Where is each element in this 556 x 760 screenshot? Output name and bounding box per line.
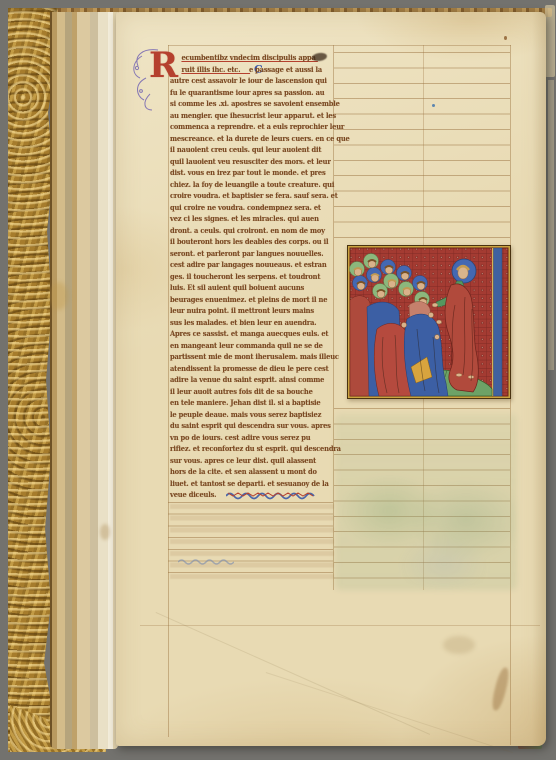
text-column: R C ecumbentibz vndecim discipulis appar… xyxy=(170,52,338,506)
ruling-horizontal xyxy=(168,45,511,46)
showthrough-text xyxy=(170,504,334,580)
text-line: le peuple deaue. mais vous serez baptisi… xyxy=(170,409,318,421)
text-line: vn po de iours. cest adire vous serez pu xyxy=(170,432,318,444)
showthrough-line-filler xyxy=(178,558,234,566)
text-line: du saint esprit qui descendra sur vous. … xyxy=(170,420,318,432)
text-line: cest adire par langages nouueaus. et est… xyxy=(170,259,318,271)
text-line: vez ci les signes. et les miracles. qui … xyxy=(170,213,318,225)
text-line: chiez. la foy de leuangile a toute creat… xyxy=(170,179,318,191)
text-line: partissent mie de mont iherusalem. mais … xyxy=(170,351,318,363)
text-line: il leur auoit autres fois dit de sa bouc… xyxy=(170,386,318,398)
text-line: ruit illis ihc. etc. e passage et aussi … xyxy=(170,64,318,76)
text-line: sus les malades. et bien leur en auendra… xyxy=(170,317,318,329)
text-line: ecumbentibz vndecim discipulis appa xyxy=(170,52,318,64)
text-line: autre cest assavoir le iour de lascensio… xyxy=(170,75,318,87)
stain xyxy=(432,104,435,107)
text-line: quil lauoient veu resusciter des mors. e… xyxy=(170,156,318,168)
stain xyxy=(443,636,475,654)
christ-pointing-hand xyxy=(436,320,441,324)
stain xyxy=(100,524,110,540)
text-line: atendissent la promesse de dieu le pere … xyxy=(170,363,318,375)
text-line: Apres ce sassist. et manga auecques euls… xyxy=(170,328,318,340)
miniature-illustration xyxy=(347,245,511,399)
ruling-block-right-top xyxy=(334,52,510,250)
text-line: mescreance. et la durete de leurs cuers.… xyxy=(170,133,318,145)
text-line: beurages enuenimez. et pleins de mort il… xyxy=(170,294,318,306)
crease xyxy=(156,612,430,735)
text-line: sur vous. apres ce leur dist. quil alass… xyxy=(170,455,318,467)
ruling-horizontal-long xyxy=(140,625,540,626)
stacked-page-edges xyxy=(50,12,118,749)
text-line: luis. Et sil auient quil boiuent aucuns xyxy=(170,282,318,294)
stain xyxy=(504,36,507,40)
crease xyxy=(266,672,514,753)
frame-blue-bar xyxy=(494,248,503,396)
penwork-flourish xyxy=(128,44,162,114)
fore-edge-sliver xyxy=(548,80,554,370)
text-line: dist. vous en irez par tout le monde. et… xyxy=(170,167,318,179)
showthrough-miniature xyxy=(335,414,517,590)
parchment-page: R C ecumbentibz vndecim discipulis appar… xyxy=(116,12,546,746)
text-line: rifiez. et reconfortez du st esprit. qui… xyxy=(170,443,318,455)
text-line: en tele maniere. Jehan dist il. si a bap… xyxy=(170,397,318,409)
text-line: veue diceuls. xyxy=(170,489,318,501)
fore-edge-sliver xyxy=(545,5,555,77)
text-line: leur nuira point. il mettront leurs main… xyxy=(170,305,318,317)
text-line: il bouteront hors les deables des corps.… xyxy=(170,236,318,248)
text-line: au mengier. que ihesucrist leur apparut.… xyxy=(170,110,318,122)
text-line: hors de la cite. et sen alassent u mont … xyxy=(170,466,318,478)
text-line: qui croire ne voudra. condempnez sera. e… xyxy=(170,202,318,214)
text-line: si comme les .xi. apostres se savoient e… xyxy=(170,98,318,110)
text-line: dront. a ceuls. qui croiront. en nom de … xyxy=(170,225,318,237)
stain xyxy=(50,282,68,310)
text-line: seront. et parleront par langues nouuell… xyxy=(170,248,318,260)
text-line: il nauoient creu ceuls. qui leur auoient… xyxy=(170,144,318,156)
ruling-vertical xyxy=(168,45,169,737)
stain xyxy=(490,666,511,711)
christ-raised-hand xyxy=(432,303,438,307)
text-line: commenca a reprendre. et a euls reprochi… xyxy=(170,121,318,133)
manuscript-photo: R C ecumbentibz vndecim discipulis appar… xyxy=(0,0,556,760)
text-line: adire la venue du saint esprit. ainsi co… xyxy=(170,374,318,386)
text-line: en mangeant leur commanda quil ne se de xyxy=(170,340,318,352)
text-line: ges. il toucheront les serpens. et toudr… xyxy=(170,271,318,283)
text-line: fu le quarantisme iour apres sa passion.… xyxy=(170,87,318,99)
text-line: liuet. et tantost se departi. et sesuano… xyxy=(170,478,318,490)
text-line: croire voudra. et baptisier se fera. sau… xyxy=(170,190,318,202)
